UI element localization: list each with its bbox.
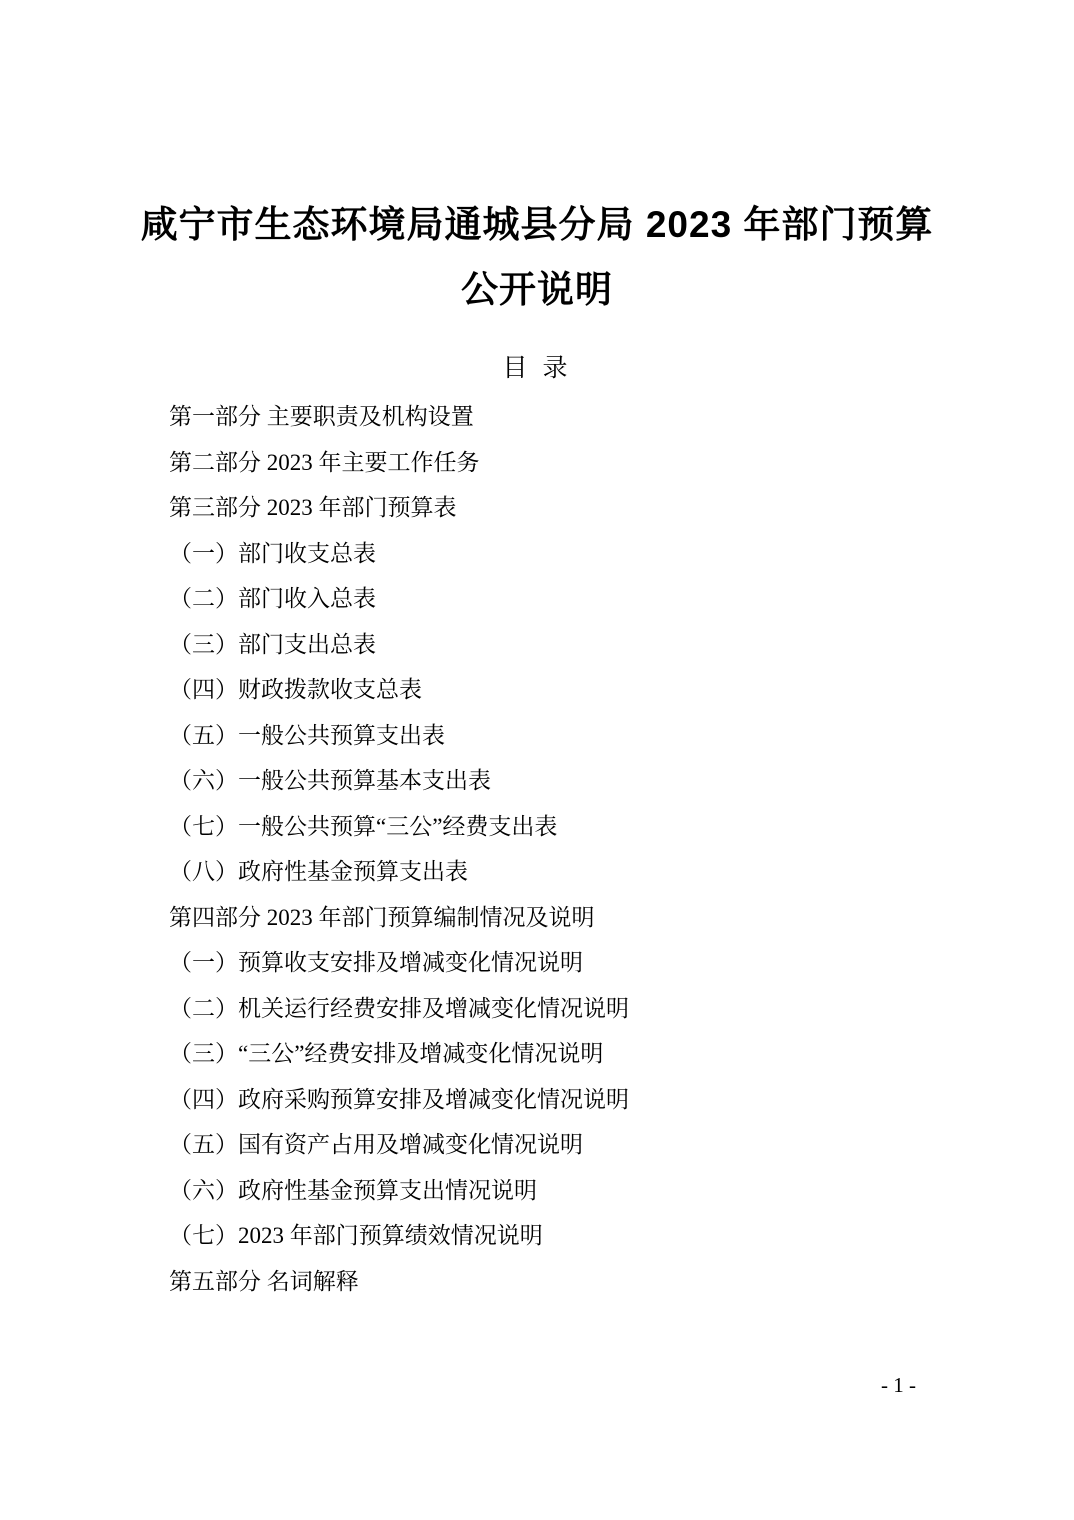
document-title: 咸宁市生态环境局通城县分局 2023 年部门预算 公开说明 <box>0 0 1074 322</box>
toc-item: （一）部门收支总表 <box>169 531 954 577</box>
toc-item: （四）财政拨款收支总表 <box>169 667 954 713</box>
toc-item: （四）政府采购预算安排及增减变化情况说明 <box>169 1077 954 1123</box>
toc-item-part4: 第四部分 2023 年部门预算编制情况及说明 <box>169 895 954 941</box>
toc-item: （七）一般公共预算“三公”经费支出表 <box>169 804 954 850</box>
toc-list: 第一部分 主要职责及机构设置 第二部分 2023 年主要工作任务 第三部分 20… <box>0 394 1074 1304</box>
document-title-line1: 咸宁市生态环境局通城县分局 2023 年部门预算 <box>0 192 1074 257</box>
toc-item-part1: 第一部分 主要职责及机构设置 <box>169 394 954 440</box>
toc-item: （三）部门支出总表 <box>169 622 954 668</box>
toc-item: （六）政府性基金预算支出情况说明 <box>169 1168 954 1214</box>
document-title-line2: 公开说明 <box>0 257 1074 322</box>
toc-item: （六）一般公共预算基本支出表 <box>169 758 954 804</box>
toc-item-part5: 第五部分 名词解释 <box>169 1259 954 1305</box>
document-page: 咸宁市生态环境局通城县分局 2023 年部门预算 公开说明 目 录 第一部分 主… <box>0 0 1074 1520</box>
toc-item: （八）政府性基金预算支出表 <box>169 849 954 895</box>
toc-item: （三）“三公”经费安排及增减变化情况说明 <box>169 1031 954 1077</box>
toc-item: （五）国有资产占用及增减变化情况说明 <box>169 1122 954 1168</box>
toc-item: （二）部门收入总表 <box>169 576 954 622</box>
toc-item-part3: 第三部分 2023 年部门预算表 <box>169 485 954 531</box>
toc-item: （五）一般公共预算支出表 <box>169 713 954 759</box>
toc-item: （一）预算收支安排及增减变化情况说明 <box>169 940 954 986</box>
toc-item-part2: 第二部分 2023 年主要工作任务 <box>169 440 954 486</box>
toc-item: （二）机关运行经费安排及增减变化情况说明 <box>169 986 954 1032</box>
page-number: - 1 - <box>881 1373 916 1398</box>
toc-item: （七）2023 年部门预算绩效情况说明 <box>169 1213 954 1259</box>
toc-heading: 目 录 <box>0 350 1074 386</box>
